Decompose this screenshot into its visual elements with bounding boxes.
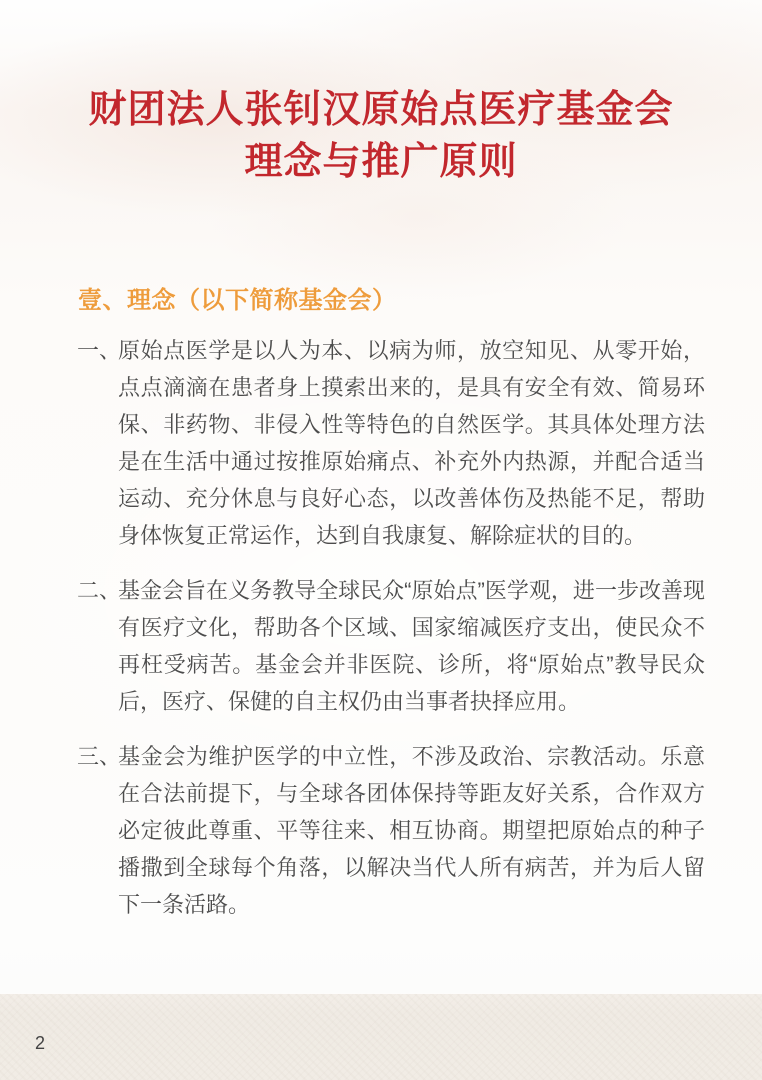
paragraph-text: 基金会为维护医学的中立性，不涉及政治、宗教活动。乐意在合法前提下，与全球各团体保… [118,738,705,923]
paragraph-label: 三、 [77,738,118,923]
paragraph-item: 二、基金会旨在义务教导全球民众“原始点”医学观，进一步改善现有医疗文化，帮助各个… [77,572,705,720]
paragraph-text: 原始点医学是以人为本、以病为师，放空知见、从零开始，点点滴滴在患者身上摸索出来的… [118,332,705,554]
page-title-line2: 理念与推广原则 [0,136,762,188]
paragraph-item: 三、基金会为维护医学的中立性，不涉及政治、宗教活动。乐意在合法前提下，与全球各团… [77,738,705,923]
paragraph-label: 二、 [77,572,118,720]
section-heading: 壹、理念（以下简称基金会） [78,280,397,315]
paragraph-item: 一、原始点医学是以人为本、以病为师，放空知见、从零开始，点点滴滴在患者身上摸索出… [77,332,705,554]
document-page: 财团法人张钊汉原始点医疗基金会 理念与推广原则 壹、理念（以下简称基金会） 一、… [0,0,762,1080]
page-number: 2 [35,1034,45,1052]
paragraph-list: 一、原始点医学是以人为本、以病为师，放空知见、从零开始，点点滴滴在患者身上摸索出… [77,332,705,941]
paragraph-label: 一、 [77,332,118,554]
paragraph-text: 基金会旨在义务教导全球民众“原始点”医学观，进一步改善现有医疗文化，帮助各个区域… [118,572,705,720]
page-title: 财团法人张钊汉原始点医疗基金会 理念与推广原则 [0,84,762,188]
page-title-line1: 财团法人张钊汉原始点医疗基金会 [0,84,762,136]
page-footer: 2 [0,993,762,1080]
